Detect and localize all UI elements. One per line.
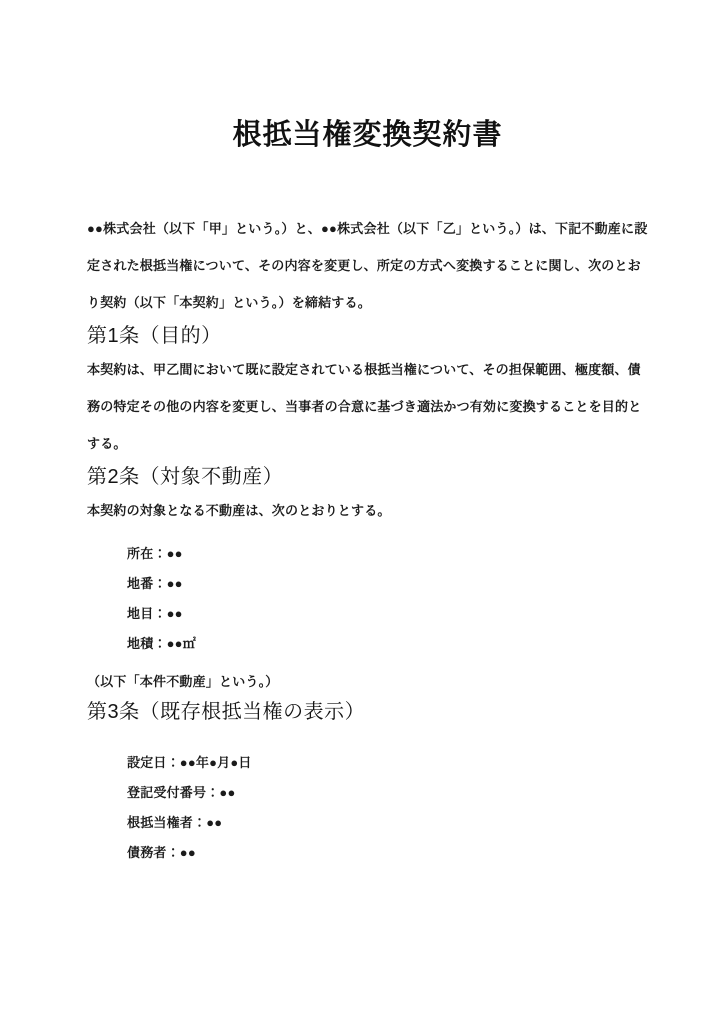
field-land-area: 地積：●●㎡ [127, 629, 648, 659]
field-receipt-number: 登記受付番号：●● [127, 778, 648, 808]
field-lot-number: 地番：●● [127, 569, 648, 599]
contract-document-page: 根抵当権変換契約書 ●●株式会社（以下「甲」という。）と、●●株式会社（以下「乙… [0, 0, 724, 1024]
field-debtor: 債務者：●● [127, 838, 648, 868]
document-title: 根抵当権変換契約書 [87, 116, 648, 155]
property-detail-list: 所在：●● 地番：●● 地目：●● 地積：●●㎡ [127, 539, 648, 659]
article-3-heading: 第3条（既存根抵当権の表示） [87, 697, 648, 727]
article-2-note: （以下「本件不動産」という。） [87, 667, 648, 697]
mortgage-detail-list: 設定日：●●年●月●日 登記受付番号：●● 根抵当権者：●● 債務者：●● [127, 748, 648, 868]
article-2-body: 本契約の対象となる不動産は、次のとおりとする。 [87, 492, 648, 529]
field-location: 所在：●● [127, 539, 648, 569]
article-2-heading: 第2条（対象不動産） [87, 462, 648, 492]
field-land-category: 地目：●● [127, 599, 648, 629]
field-registration-date: 設定日：●●年●月●日 [127, 748, 648, 778]
article-1-body: 本契約は、甲乙間において既に設定されている根抵当権について、その担保範囲、極度額… [87, 351, 648, 462]
field-mortgagee: 根抵当権者：●● [127, 808, 648, 838]
preamble-paragraph: ●●株式会社（以下「甲」という。）と、●●株式会社（以下「乙」という。）は、下記… [87, 210, 648, 321]
article-1-heading: 第1条（目的） [87, 321, 648, 351]
